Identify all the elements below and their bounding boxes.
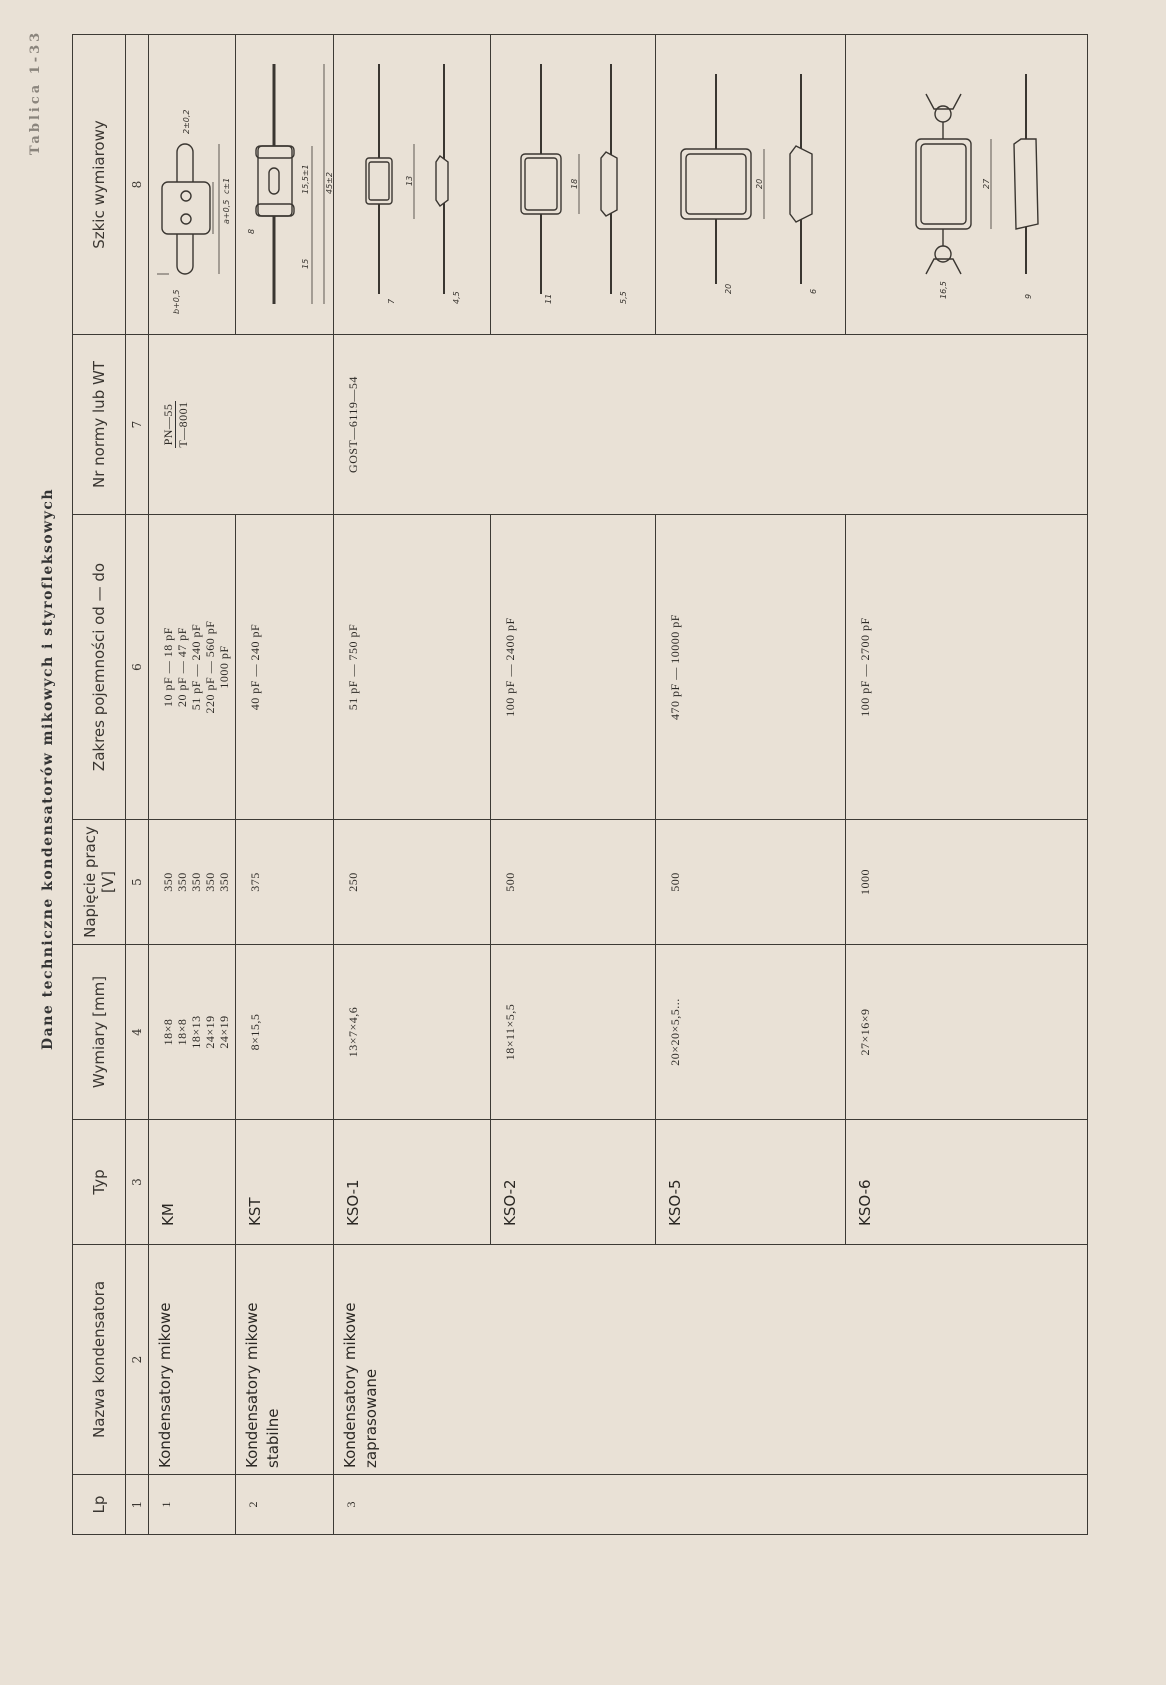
km-capacitor-drawing-icon: b+0,5 a+0,5 c±1 2±0,2 <box>149 34 236 334</box>
svg-text:9: 9 <box>1024 294 1033 299</box>
svg-text:20: 20 <box>724 284 733 294</box>
column-number-row: 1 2 3 4 5 6 7 8 <box>126 35 149 1535</box>
capacitance-value: 10 pF — 18 pF <box>161 515 175 819</box>
svg-text:b+0,5: b+0,5 <box>172 289 181 314</box>
col-number: 1 <box>126 1475 149 1535</box>
svg-text:11: 11 <box>544 294 553 304</box>
col-number: 2 <box>126 1245 149 1475</box>
standard-bottom: T—8001 <box>176 401 190 447</box>
table-number-label: Tablica 1-33 <box>28 30 43 155</box>
row-type: KM <box>149 1120 236 1245</box>
sketch-kso-5: 20 20 6 <box>656 35 846 335</box>
row-name: Kondensatory mikowe <box>149 1245 236 1475</box>
col-header-capacitance: Zakres pojemności od — do <box>73 515 126 820</box>
svg-text:6: 6 <box>809 289 818 294</box>
voltage-value: 375 <box>248 820 262 944</box>
row-type: KSO-6 <box>846 1120 1088 1245</box>
capacitance-value: 20 pF — 47 pF <box>175 515 189 819</box>
row-dimensions: 13×7×4,6 <box>334 945 491 1120</box>
svg-text:8: 8 <box>247 229 256 234</box>
sketch-kso-2: 18 11 5,5 <box>491 35 656 335</box>
row-name: Kondensatory mikowe stabilne <box>236 1245 334 1475</box>
col-header-voltage: Napięcie pracy [V] <box>73 820 126 945</box>
dimension-value: 8×15,5 <box>248 945 262 1119</box>
svg-text:a+0,5: a+0,5 <box>222 200 231 224</box>
voltage-value: 350 <box>175 820 189 944</box>
standard-top: PN—55 <box>161 401 176 447</box>
row-dimensions: 18×11×5,5 <box>491 945 656 1120</box>
kso1-capacitor-drawing-icon: 13 7 4,5 <box>334 34 491 334</box>
row-type: KSO-1 <box>334 1120 491 1245</box>
capacitance-value: 51 pF — 240 pF <box>189 515 203 819</box>
kst-capacitor-drawing-icon: 8 15,5±1 45±2 15 <box>236 34 334 334</box>
row-type: KSO-5 <box>656 1120 846 1245</box>
col-header-type: Typ <box>73 1120 126 1245</box>
dimension-value: 18×13 <box>189 945 203 1119</box>
row-capacitance: 51 pF — 750 pF <box>334 515 491 820</box>
svg-text:15,5±1: 15,5±1 <box>301 164 310 194</box>
row-capacitance: 10 pF — 18 pF 20 pF — 47 pF 51 pF — 240 … <box>149 515 236 820</box>
svg-text:27: 27 <box>982 178 991 189</box>
col-header-name: Nazwa kondensatora <box>73 1245 126 1475</box>
kso6-capacitor-drawing-icon: 27 16,5 9 <box>846 34 1089 334</box>
row-voltage: 350 350 350 350 350 <box>149 820 236 945</box>
row-voltage: 375 <box>236 820 334 945</box>
capacitance-value: 1000 pF <box>217 515 231 819</box>
svg-text:7: 7 <box>387 298 396 304</box>
dimension-value: 18×8 <box>161 945 175 1119</box>
col-number: 6 <box>126 515 149 820</box>
row-dimensions: 8×15,5 <box>236 945 334 1120</box>
svg-text:20: 20 <box>755 179 764 189</box>
svg-text:4,5: 4,5 <box>452 291 461 304</box>
row-capacitance: 100 pF — 2400 pF <box>491 515 656 820</box>
header-row: Lp Nazwa kondensatora Typ Wymiary [mm] N… <box>73 35 126 1535</box>
dimension-value: 24×19 <box>203 945 217 1119</box>
voltage-value: 350 <box>161 820 175 944</box>
voltage-value: 350 <box>203 820 217 944</box>
row-type: KSO-2 <box>491 1120 656 1245</box>
standard-fraction: PN—55 T—8001 <box>161 401 190 447</box>
col-header-sketch: Szkic wymiarowy <box>73 35 126 335</box>
table-row: 1 Kondensatory mikowe KM 18×8 18×8 18×13… <box>149 35 236 1535</box>
svg-text:15: 15 <box>301 259 310 269</box>
sketch-kst: 8 15,5±1 45±2 15 <box>236 35 334 335</box>
dimension-value: 18×8 <box>175 945 189 1119</box>
capacitance-value: 40 pF — 240 pF <box>248 515 262 819</box>
capacitor-data-table: Lp Nazwa kondensatora Typ Wymiary [mm] N… <box>72 35 1088 1535</box>
row-type: KST <box>236 1120 334 1245</box>
row-capacitance: 100 pF — 2700 pF <box>846 515 1088 820</box>
voltage-value: 350 <box>217 820 231 944</box>
col-header-lp: Lp <box>73 1475 126 1535</box>
svg-text:16,5: 16,5 <box>939 281 948 299</box>
row-voltage: 500 <box>491 820 656 945</box>
voltage-value: 350 <box>189 820 203 944</box>
row-dimensions: 20×20×5,5... <box>656 945 846 1120</box>
col-header-dimensions: Wymiary [mm] <box>73 945 126 1120</box>
row-standard: GOST—6119—54 <box>334 335 1088 515</box>
row-dimensions: 18×8 18×8 18×13 24×19 24×19 <box>149 945 236 1120</box>
row-capacitance: 470 pF — 10000 pF <box>656 515 846 820</box>
col-number: 3 <box>126 1120 149 1245</box>
row-lp: 1 <box>149 1475 236 1535</box>
table-title: Dane techniczne kondensatorów mikowych i… <box>40 488 56 1050</box>
col-number: 5 <box>126 820 149 945</box>
row-name: Kondensatory mikowe zaprasowane <box>334 1245 1088 1475</box>
row-lp: 2 <box>236 1475 334 1535</box>
row-dimensions: 27×16×9 <box>846 945 1088 1120</box>
col-header-standard: Nr normy lub WT <box>73 335 126 515</box>
kso2-capacitor-drawing-icon: 18 11 5,5 <box>491 34 656 334</box>
svg-text:5,5: 5,5 <box>619 291 628 304</box>
sketch-km: b+0,5 a+0,5 c±1 2±0,2 <box>149 35 236 335</box>
dimension-value: 24×19 <box>217 945 231 1119</box>
sketch-kso-6: 27 16,5 9 <box>846 35 1088 335</box>
row-lp: 3 <box>334 1475 1088 1535</box>
kso5-capacitor-drawing-icon: 20 20 6 <box>656 34 846 334</box>
col-number: 8 <box>126 35 149 335</box>
capacitance-value: 220 pF — 560 pF <box>203 515 217 819</box>
row-voltage: 500 <box>656 820 846 945</box>
row-voltage: 1000 <box>846 820 1088 945</box>
table-row: 3 Kondensatory mikowe zaprasowane KSO-1 … <box>334 35 491 1535</box>
row-voltage: 250 <box>334 820 491 945</box>
svg-text:c±1: c±1 <box>222 178 231 194</box>
col-number: 7 <box>126 335 149 515</box>
row-standard: PN—55 T—8001 <box>149 335 334 515</box>
row-capacitance: 40 pF — 240 pF <box>236 515 334 820</box>
svg-text:2±0,2: 2±0,2 <box>182 109 191 134</box>
sketch-kso-1: 13 7 4,5 <box>334 35 491 335</box>
col-number: 4 <box>126 945 149 1120</box>
svg-text:13: 13 <box>405 176 414 186</box>
table-row: 2 Kondensatory mikowe stabilne KST 8×15,… <box>236 35 334 1535</box>
svg-text:18: 18 <box>570 179 579 189</box>
